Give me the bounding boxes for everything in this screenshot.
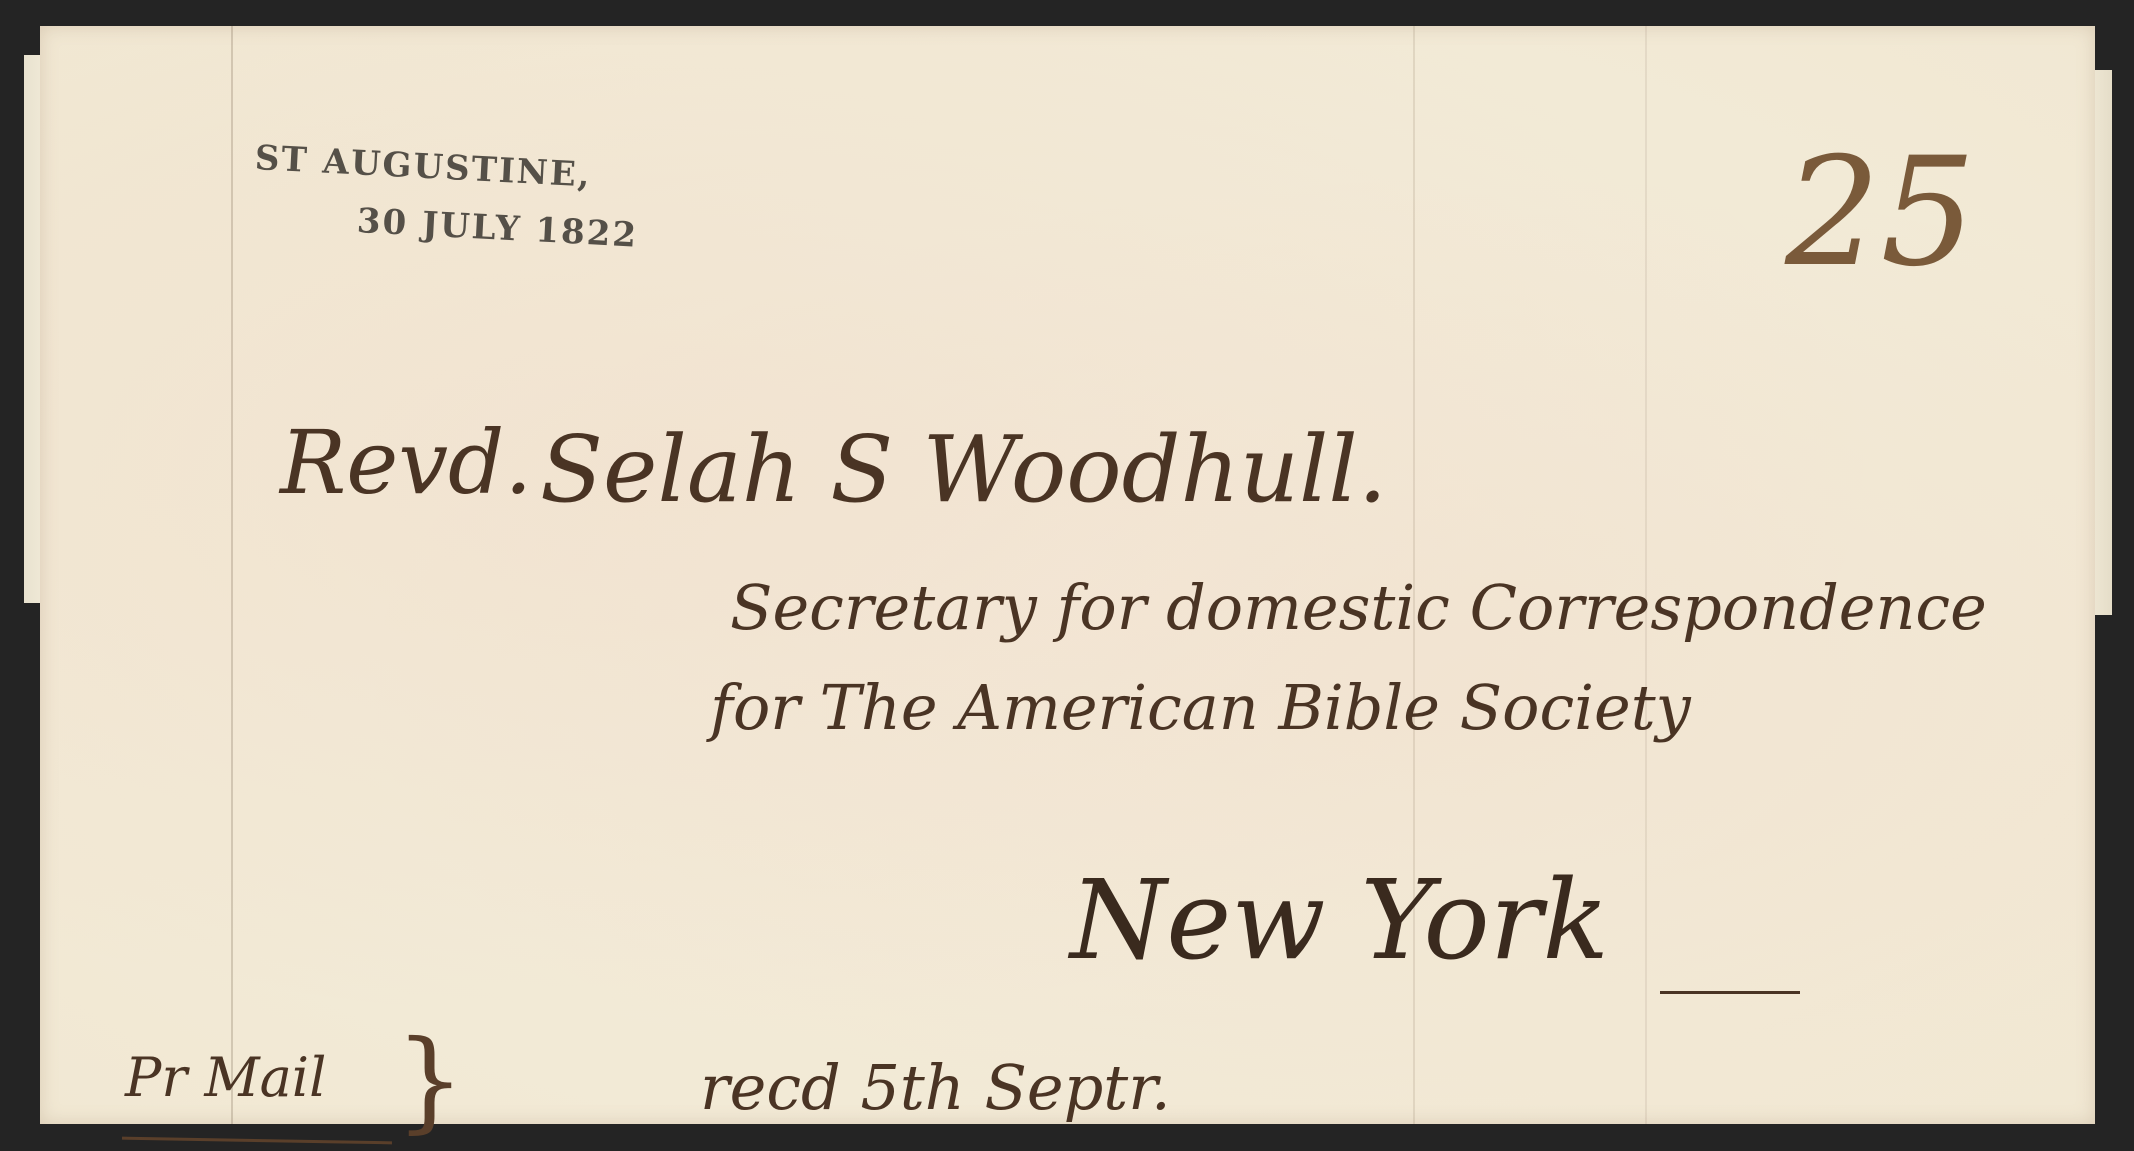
folded-letter: ST AUGUSTINE, 30 JULY 1822 25 Revd. Sela… (40, 26, 2095, 1124)
addressee-title: Revd. (280, 411, 532, 514)
fold-line (231, 26, 233, 1124)
routing-underline (122, 1137, 392, 1145)
received-docket: recd 5th Septr. (700, 1051, 1171, 1124)
destination-city: New York (1070, 856, 1609, 984)
addressee-position: Secretary for domestic Correspondence (730, 571, 1987, 644)
routing-instruction: Pr Mail (125, 1046, 326, 1109)
addressee-name: Selah S Woodhull. (540, 416, 1387, 523)
postmark-town: ST AUGUSTINE, (254, 138, 593, 196)
brace-mark: } (395, 1016, 465, 1144)
city-underline (1660, 991, 1800, 994)
postage-rate: 25 (1785, 126, 1976, 300)
addressee-organization: for The American Bible Society (710, 671, 1691, 744)
photo-stage: ST AUGUSTINE, 30 JULY 1822 25 Revd. Sela… (0, 0, 2134, 1151)
postmark-date: 30 JULY 1822 (356, 201, 639, 256)
